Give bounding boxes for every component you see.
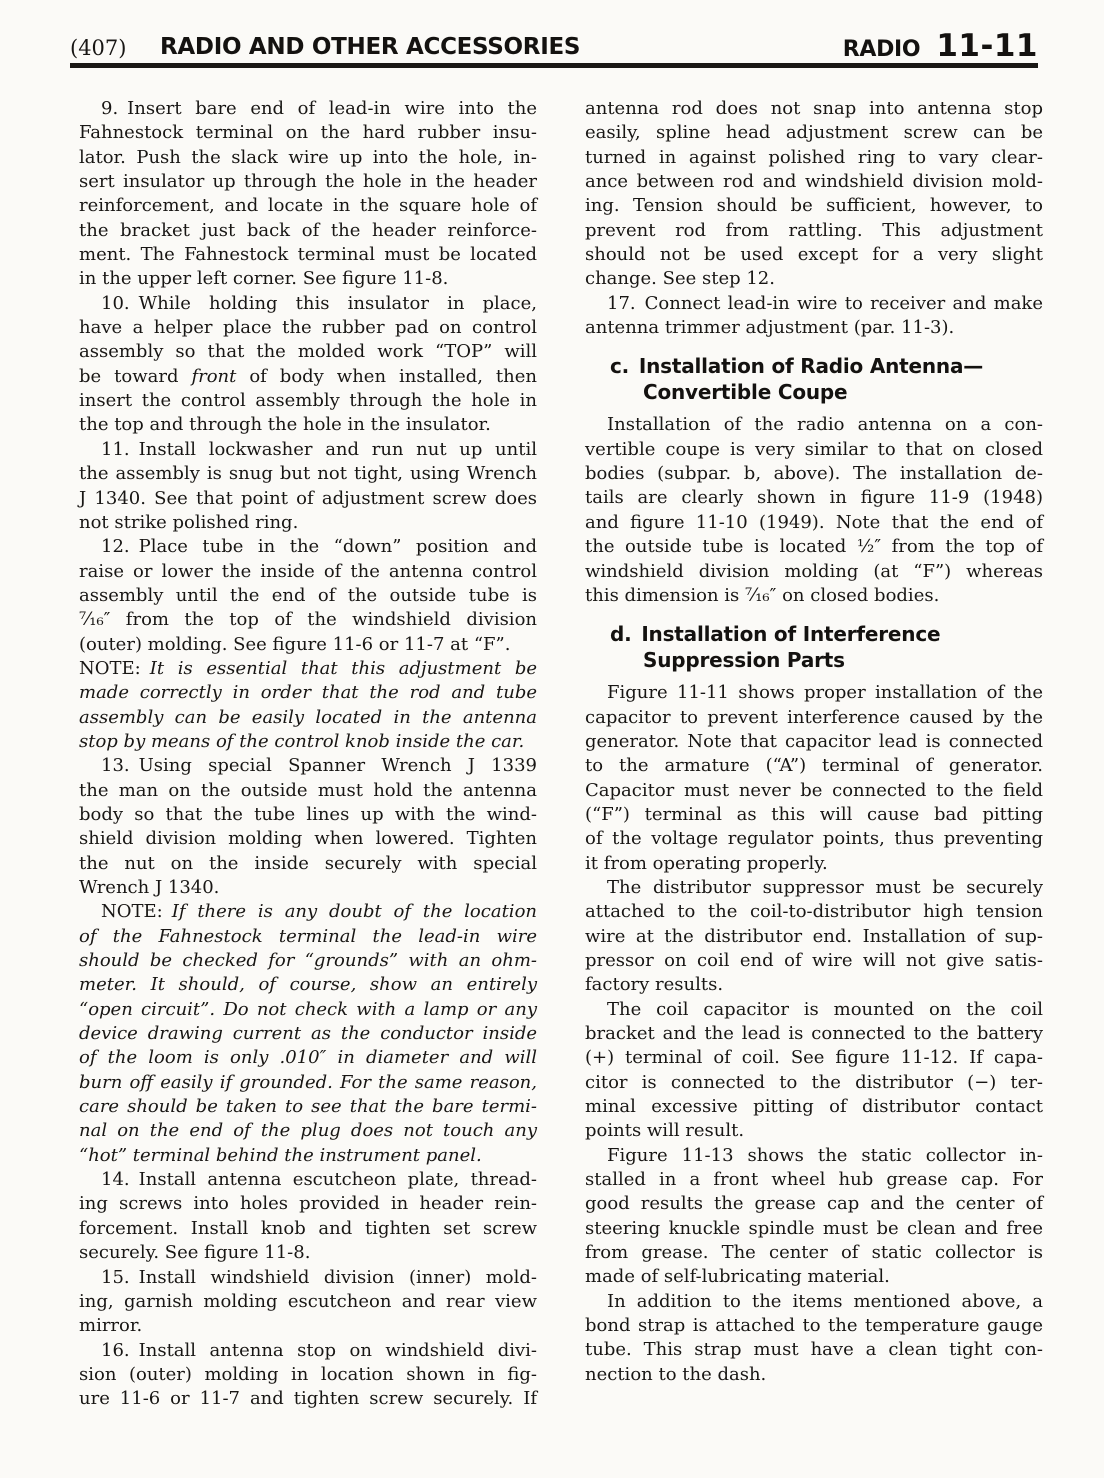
- text-segment: Convertible Coupe: [643, 380, 847, 404]
- text-line: be toward front of body when installed, …: [79, 365, 537, 389]
- text-line: “open circuit”. Do not check with a lamp…: [79, 998, 537, 1022]
- text-line: of the loom is only .010″ in diameter an…: [79, 1046, 537, 1070]
- text-segment: (outer) molding. See figure 11-6 or 11-7…: [79, 634, 510, 655]
- text-line: shield division molding when lowered. Ti…: [79, 827, 537, 851]
- text-line: device drawing current as the conductor …: [79, 1022, 537, 1046]
- text-line: securely. See figure 11-8.: [79, 1241, 537, 1265]
- text-line: prevent rod from rattling. This adjustme…: [585, 219, 1043, 243]
- text-segment: assembly so that the molded work “TOP” w…: [79, 341, 537, 362]
- text-segment: to the armature (“A”) terminal of genera…: [585, 755, 1043, 776]
- text-line: change. See step 12.: [585, 267, 1043, 291]
- text-line: ure 11-6 or 11-7 and tighten screw secur…: [79, 1387, 537, 1411]
- text-columns: 9. Insert bare end of lead-in wire into …: [79, 97, 1043, 1412]
- header-right-group: RADIO 11-11: [843, 28, 1038, 64]
- right-column: antenna rod does not snap into antenna s…: [585, 97, 1043, 1412]
- paragraph: 9. Insert bare end of lead-in wire into …: [79, 97, 537, 292]
- text-segment: J 1340. See that point of adjustment scr…: [79, 488, 537, 509]
- text-segment: good results the grease cap and the cent…: [585, 1193, 1043, 1214]
- page-header: (407) RADIO AND OTHER ACCESSORIES RADIO …: [0, 0, 1104, 70]
- text-segment: stop by means of the control knob inside…: [79, 731, 524, 752]
- paragraph: 10. While holding this insulator in plac…: [79, 292, 537, 438]
- note-paragraph: NOTE: It is essential that this adjustme…: [79, 657, 537, 754]
- paragraph: Installation of the radio antenna on a c…: [585, 413, 1043, 608]
- text-segment: tails are clearly shown in figure 11-9 (…: [585, 487, 1043, 508]
- paragraph: 17. Connect lead-in wire to receiver and…: [585, 292, 1043, 341]
- text-segment: made of self-lubricating material.: [585, 1266, 890, 1287]
- text-segment: sion (outer) molding in location shown i…: [79, 1364, 537, 1385]
- text-segment: ment. The Fahnestock terminal must be lo…: [79, 244, 537, 265]
- text-line: steering knuckle spindle must be clean a…: [585, 1217, 1043, 1241]
- text-segment: in the upper left corner. See figure 11-…: [79, 268, 448, 289]
- text-segment: the man on the outside must hold the ant…: [79, 780, 537, 801]
- text-line: J 1340. See that point of adjustment scr…: [79, 487, 537, 511]
- text-line: 16. Install antenna stop on windshield d…: [79, 1339, 537, 1363]
- text-line: pressor on coil end of wire will not giv…: [585, 949, 1043, 973]
- text-segment: points will result.: [585, 1120, 744, 1141]
- text-segment: should be checked for “grounds” with an …: [79, 950, 537, 971]
- text-line: minal excessive pitting of distributor c…: [585, 1095, 1043, 1119]
- left-column: 9. Insert bare end of lead-in wire into …: [79, 97, 537, 1412]
- text-line: factory results.: [585, 973, 1043, 997]
- text-segment: antenna rod does not snap into antenna s…: [585, 98, 1043, 119]
- text-line: points will result.: [585, 1119, 1043, 1143]
- page-number: 11-11: [936, 28, 1038, 64]
- text-line: the assembly is snug but not tight, usin…: [79, 462, 537, 486]
- text-segment: ⁷⁄₁₆″ from the top of the windshield div…: [79, 609, 537, 630]
- text-line: ment. The Fahnestock terminal must be lo…: [79, 243, 537, 267]
- text-line: sert insulator up through the hole in th…: [79, 170, 537, 194]
- text-line: NOTE: If there is any doubt of the locat…: [79, 900, 537, 924]
- text-line: 14. Install antenna escutcheon plate, th…: [79, 1168, 537, 1192]
- text-line: generator. Note that capacitor lead is c…: [585, 730, 1043, 754]
- text-segment: (“F”) terminal as this will cause bad pi…: [585, 804, 1043, 825]
- text-line: “hot” terminal behind the instrument pan…: [79, 1144, 537, 1168]
- text-segment: citor is connected to the distributor (−…: [585, 1072, 1043, 1093]
- text-line: ing screws into holes provided in header…: [79, 1192, 537, 1216]
- text-segment: capacitor to prevent interference caused…: [585, 707, 1043, 728]
- text-line: reinforcement, and locate in the square …: [79, 194, 537, 218]
- text-segment: burn off easily if grounded. For the sam…: [79, 1072, 537, 1093]
- text-segment: be toward: [79, 366, 191, 387]
- text-line: ance between rod and windshield division…: [585, 170, 1043, 194]
- text-segment: assembly can be easily located in the an…: [79, 707, 537, 728]
- text-segment: from grease. The center of static collec…: [585, 1242, 1043, 1263]
- text-line: the man on the outside must hold the ant…: [79, 779, 537, 803]
- text-line: the nut on the inside securely with spec…: [79, 852, 537, 876]
- text-line: made of self-lubricating material.: [585, 1265, 1043, 1289]
- text-line: vertible coupe is very similar to that o…: [585, 438, 1043, 462]
- text-line: to the armature (“A”) terminal of genera…: [585, 754, 1043, 778]
- text-segment: Suppression Parts: [643, 648, 845, 672]
- text-segment: bracket and the lead is connected to the…: [585, 1023, 1043, 1044]
- text-segment: NOTE:: [101, 901, 172, 922]
- text-line: meter. It should, of course, show an ent…: [79, 973, 537, 997]
- paragraph: In addition to the items mentioned above…: [585, 1290, 1043, 1387]
- text-segment: Figure 11-11 shows proper installation o…: [607, 682, 1043, 703]
- paragraph: 11. Install lockwasher and run nut up un…: [79, 438, 537, 535]
- header-rule: [70, 63, 1038, 68]
- text-segment: steering knuckle spindle must be clean a…: [585, 1218, 1043, 1239]
- text-segment: meter. It should, of course, show an ent…: [79, 974, 537, 995]
- text-line: the bracket just back of the header rein…: [79, 219, 537, 243]
- text-line: 13. Using special Spanner Wrench J 1339: [79, 754, 537, 778]
- text-segment: Capacitor must never be connected to the…: [585, 780, 1043, 801]
- text-segment: the top and through the hole in the insu…: [79, 414, 491, 435]
- section-label: RADIO: [843, 37, 921, 62]
- text-line: 10. While holding this insulator in plac…: [79, 292, 537, 316]
- text-segment: ing screws into holes provided in header…: [79, 1193, 537, 1214]
- text-segment: device drawing current as the conductor …: [79, 1023, 537, 1044]
- text-segment: c. Installation of Radio Antenna—: [610, 354, 983, 378]
- text-segment: stalled in a front wheel hub grease cap.…: [585, 1169, 1043, 1190]
- text-line: lator. Push the slack wire up into the h…: [79, 146, 537, 170]
- text-line: antenna trimmer adjustment (par. 11-3).: [585, 316, 1043, 340]
- text-segment: factory results.: [585, 974, 723, 995]
- text-line: windshield division molding (at “F”) whe…: [585, 560, 1043, 584]
- text-segment: (+) terminal of coil. See figure 11-12. …: [585, 1047, 1043, 1068]
- text-line: capacitor to prevent interference caused…: [585, 706, 1043, 730]
- text-segment: prevent rod from rattling. This adjustme…: [585, 220, 1043, 241]
- text-line: the top and through the hole in the insu…: [79, 413, 537, 437]
- text-line: nection to the dash.: [585, 1363, 1043, 1387]
- text-line: should be checked for “grounds” with an …: [79, 949, 537, 973]
- text-line: assembly until the end of the outside tu…: [79, 584, 537, 608]
- text-line: c. Installation of Radio Antenna—: [585, 353, 1043, 379]
- text-line: ⁷⁄₁₆″ from the top of the windshield div…: [79, 608, 537, 632]
- text-segment: change. See step 12.: [585, 268, 775, 289]
- text-segment: sert insulator up through the hole in th…: [79, 171, 537, 192]
- text-line: the outside tube is located ½″ from the …: [585, 535, 1043, 559]
- text-line: this dimension is ⁷⁄₁₆″ on closed bodies…: [585, 584, 1043, 608]
- text-line: citor is connected to the distributor (−…: [585, 1071, 1043, 1095]
- paragraph: 12. Place tube in the “down” position an…: [79, 535, 537, 657]
- text-segment: should not be used except for a very sli…: [585, 244, 1043, 265]
- text-segment: easily, spline head adjustment screw can…: [585, 122, 1043, 143]
- text-line: bond strap is attached to the temperatur…: [585, 1314, 1043, 1338]
- text-line: body so that the tube lines up with the …: [79, 803, 537, 827]
- text-segment: antenna trimmer adjustment (par. 11-3).: [585, 317, 954, 338]
- text-segment: 14. Install antenna escutcheon plate, th…: [101, 1169, 537, 1190]
- text-segment: of the voltage regulator points, thus pr…: [585, 828, 1043, 849]
- text-segment: ure 11-6 or 11-7 and tighten screw secur…: [79, 1388, 537, 1409]
- text-segment: body so that the tube lines up with the …: [79, 804, 537, 825]
- text-segment: Figure 11-13 shows the static collector …: [607, 1145, 1043, 1166]
- text-segment: Installation of the radio antenna on a c…: [607, 414, 1043, 435]
- paragraph: Figure 11-11 shows proper installation o…: [585, 681, 1043, 876]
- text-segment: bond strap is attached to the temperatur…: [585, 1315, 1043, 1336]
- text-segment: the nut on the inside securely with spec…: [79, 853, 537, 874]
- text-line: tube. This strap must have a clean tight…: [585, 1338, 1043, 1362]
- text-segment: 10. While holding this insulator in plac…: [101, 293, 537, 314]
- paragraph: 13. Using special Spanner Wrench J 1339t…: [79, 754, 537, 900]
- text-segment: Wrench J 1340.: [79, 877, 219, 898]
- text-segment: care should be taken to see that the bar…: [79, 1096, 537, 1117]
- text-line: assembly can be easily located in the an…: [79, 706, 537, 730]
- text-segment: In addition to the items mentioned above…: [607, 1291, 1043, 1312]
- text-segment: windshield division molding (at “F”) whe…: [585, 561, 1043, 582]
- text-line: NOTE: It is essential that this adjustme…: [79, 657, 537, 681]
- paragraph: The distributor suppressor must be secur…: [585, 876, 1043, 998]
- text-segment: “open circuit”. Do not check with a lamp…: [79, 999, 537, 1020]
- text-segment: vertible coupe is very similar to that o…: [585, 439, 1043, 460]
- paragraph: The coil capacitor is mounted on the coi…: [585, 998, 1043, 1144]
- text-line: have a helper place the rubber pad on co…: [79, 316, 537, 340]
- text-line: Installation of the radio antenna on a c…: [585, 413, 1043, 437]
- text-segment: lator. Push the slack wire up into the h…: [79, 147, 537, 168]
- text-line: attached to the coil-to-distributor high…: [585, 900, 1043, 924]
- text-line: Wrench J 1340.: [79, 876, 537, 900]
- paragraph: 15. Install windshield division (inner) …: [79, 1266, 537, 1339]
- text-segment: of body when installed, then: [236, 366, 537, 387]
- text-line: (outer) molding. See figure 11-6 or 11-7…: [79, 633, 537, 657]
- text-segment: not strike polished ring.: [79, 512, 298, 533]
- text-segment: nection to the dash.: [585, 1364, 766, 1385]
- text-segment: The coil capacitor is mounted on the coi…: [607, 999, 1043, 1020]
- text-line: wire at the distributor end. Installatio…: [585, 925, 1043, 949]
- text-line: not strike polished ring.: [79, 511, 537, 535]
- text-line: In addition to the items mentioned above…: [585, 1290, 1043, 1314]
- paragraph: Figure 11-13 shows the static collector …: [585, 1144, 1043, 1290]
- text-segment: the outside tube is located ½″ from the …: [585, 536, 1043, 557]
- note-paragraph: NOTE: If there is any doubt of the locat…: [79, 900, 537, 1168]
- text-segment: 11. Install lockwasher and run nut up un…: [101, 439, 537, 460]
- text-segment: it from operating properly.: [585, 853, 828, 874]
- text-line: mirror.: [79, 1314, 537, 1338]
- text-line: bodies (subpar. b, above). The installat…: [585, 462, 1043, 486]
- text-segment: of the Fahnestock terminal the lead-in w…: [79, 926, 537, 947]
- page-title: RADIO AND OTHER ACCESSORIES: [160, 34, 580, 60]
- text-line: turned in against polished ring to vary …: [585, 146, 1043, 170]
- text-segment: Fahnestock terminal on the hard rubber i…: [79, 122, 537, 143]
- text-segment: wire at the distributor end. Installatio…: [585, 926, 1043, 947]
- text-segment: 16. Install antenna stop on windshield d…: [101, 1340, 537, 1361]
- text-line: nal on the end of the plug does not touc…: [79, 1119, 537, 1143]
- text-line: 15. Install windshield division (inner) …: [79, 1266, 537, 1290]
- text-line: 17. Connect lead-in wire to receiver and…: [585, 292, 1043, 316]
- text-segment: It is essential that this adjustment be: [150, 658, 537, 679]
- text-line: Suppression Parts: [585, 647, 1043, 673]
- text-segment: reinforcement, and locate in the square …: [79, 195, 537, 216]
- text-segment: NOTE:: [79, 658, 150, 679]
- text-segment: turned in against polished ring to vary …: [585, 147, 1043, 168]
- text-line: The coil capacitor is mounted on the coi…: [585, 998, 1043, 1022]
- text-line: bracket and the lead is connected to the…: [585, 1022, 1043, 1046]
- text-segment: securely. See figure 11-8.: [79, 1242, 310, 1263]
- text-segment: ance between rod and windshield division…: [585, 171, 1043, 192]
- text-segment: 9. Insert bare end of lead-in wire into …: [101, 98, 537, 119]
- paragraph: 16. Install antenna stop on windshield d…: [79, 1339, 537, 1412]
- text-segment: 17. Connect lead-in wire to receiver and…: [607, 293, 1043, 314]
- text-segment: assembly until the end of the outside tu…: [79, 585, 537, 606]
- text-line: should not be used except for a very sli…: [585, 243, 1043, 267]
- text-line: stop by means of the control knob inside…: [79, 730, 537, 754]
- text-segment: nal on the end of the plug does not touc…: [79, 1120, 537, 1141]
- text-segment: bodies (subpar. b, above). The installat…: [585, 463, 1043, 484]
- text-line: ing. Tension should be sufficient, howev…: [585, 194, 1043, 218]
- text-line: 9. Insert bare end of lead-in wire into …: [79, 97, 537, 121]
- text-segment: forcement. Install knob and tighten set …: [79, 1218, 537, 1239]
- text-line: tails are clearly shown in figure 11-9 (…: [585, 486, 1043, 510]
- text-segment: pressor on coil end of wire will not giv…: [585, 950, 1043, 971]
- text-line: in the upper left corner. See figure 11-…: [79, 267, 537, 291]
- text-line: from grease. The center of static collec…: [585, 1241, 1043, 1265]
- text-segment: The distributor suppressor must be secur…: [607, 877, 1043, 898]
- text-segment: have a helper place the rubber pad on co…: [79, 317, 537, 338]
- text-line: raise or lower the inside of the antenna…: [79, 560, 537, 584]
- text-line: care should be taken to see that the bar…: [79, 1095, 537, 1119]
- text-line: Convertible Coupe: [585, 379, 1043, 405]
- text-line: Fahnestock terminal on the hard rubber i…: [79, 121, 537, 145]
- text-line: of the Fahnestock terminal the lead-in w…: [79, 925, 537, 949]
- manual-page: (407) RADIO AND OTHER ACCESSORIES RADIO …: [0, 0, 1104, 1478]
- text-segment: shield division molding when lowered. Ti…: [79, 828, 537, 849]
- text-segment: raise or lower the inside of the antenna…: [79, 561, 537, 582]
- text-line: and figure 11-10 (1949). Note that the e…: [585, 511, 1043, 535]
- text-segment: the bracket just back of the header rein…: [79, 220, 537, 241]
- text-line: The distributor suppressor must be secur…: [585, 876, 1043, 900]
- text-segment: 12. Place tube in the “down” position an…: [101, 536, 537, 557]
- text-segment: minal excessive pitting of distributor c…: [585, 1096, 1043, 1117]
- text-line: Figure 11-13 shows the static collector …: [585, 1144, 1043, 1168]
- text-line: 12. Place tube in the “down” position an…: [79, 535, 537, 559]
- text-line: (+) terminal of coil. See figure 11-12. …: [585, 1046, 1043, 1070]
- text-line: insert the control assembly through the …: [79, 389, 537, 413]
- text-line: ing, garnish molding escutcheon and rear…: [79, 1290, 537, 1314]
- text-segment: mirror.: [79, 1315, 142, 1336]
- text-segment: ing, garnish molding escutcheon and rear…: [79, 1291, 537, 1312]
- text-segment: ing. Tension should be sufficient, howev…: [585, 195, 1043, 216]
- text-segment: “hot” terminal behind the instrument pan…: [79, 1145, 482, 1166]
- text-line: 11. Install lockwasher and run nut up un…: [79, 438, 537, 462]
- paragraph: antenna rod does not snap into antenna s…: [585, 97, 1043, 292]
- text-line: forcement. Install knob and tighten set …: [79, 1217, 537, 1241]
- text-line: burn off easily if grounded. For the sam…: [79, 1071, 537, 1095]
- text-line: easily, spline head adjustment screw can…: [585, 121, 1043, 145]
- text-segment: and figure 11-10 (1949). Note that the e…: [585, 512, 1043, 533]
- text-line: good results the grease cap and the cent…: [585, 1192, 1043, 1216]
- text-segment: this dimension is ⁷⁄₁₆″ on closed bodies…: [585, 585, 939, 606]
- text-segment: of the loom is only .010″ in diameter an…: [79, 1047, 537, 1068]
- section-heading: d. Installation of InterferenceSuppressi…: [585, 621, 1043, 673]
- text-line: it from operating properly.: [585, 852, 1043, 876]
- text-line: stalled in a front wheel hub grease cap.…: [585, 1168, 1043, 1192]
- text-line: Capacitor must never be connected to the…: [585, 779, 1043, 803]
- text-line: Figure 11-11 shows proper installation o…: [585, 681, 1043, 705]
- text-line: (“F”) terminal as this will cause bad pi…: [585, 803, 1043, 827]
- text-segment: the assembly is snug but not tight, usin…: [79, 463, 537, 484]
- text-line: of the voltage regulator points, thus pr…: [585, 827, 1043, 851]
- text-segment: 13. Using special Spanner Wrench J 1339: [101, 755, 537, 776]
- text-segment: made correctly in order that the rod and…: [79, 682, 537, 703]
- text-segment: tube. This strap must have a clean tight…: [585, 1339, 1043, 1360]
- text-segment: insert the control assembly through the …: [79, 390, 537, 411]
- text-segment: attached to the coil-to-distributor high…: [585, 901, 1043, 922]
- text-segment: If there is any doubt of the location: [172, 901, 537, 922]
- text-segment: generator. Note that capacitor lead is c…: [585, 731, 1043, 752]
- text-line: d. Installation of Interference: [585, 621, 1043, 647]
- text-line: antenna rod does not snap into antenna s…: [585, 97, 1043, 121]
- text-segment: 15. Install windshield division (inner) …: [101, 1267, 537, 1288]
- text-line: sion (outer) molding in location shown i…: [79, 1363, 537, 1387]
- page-ref: (407): [70, 36, 126, 60]
- text-line: assembly so that the molded work “TOP” w…: [79, 340, 537, 364]
- section-heading: c. Installation of Radio Antenna—Convert…: [585, 353, 1043, 405]
- text-segment: d. Installation of Interference: [610, 622, 940, 646]
- text-line: made correctly in order that the rod and…: [79, 681, 537, 705]
- paragraph: 14. Install antenna escutcheon plate, th…: [79, 1168, 537, 1265]
- text-segment: front: [191, 366, 236, 387]
